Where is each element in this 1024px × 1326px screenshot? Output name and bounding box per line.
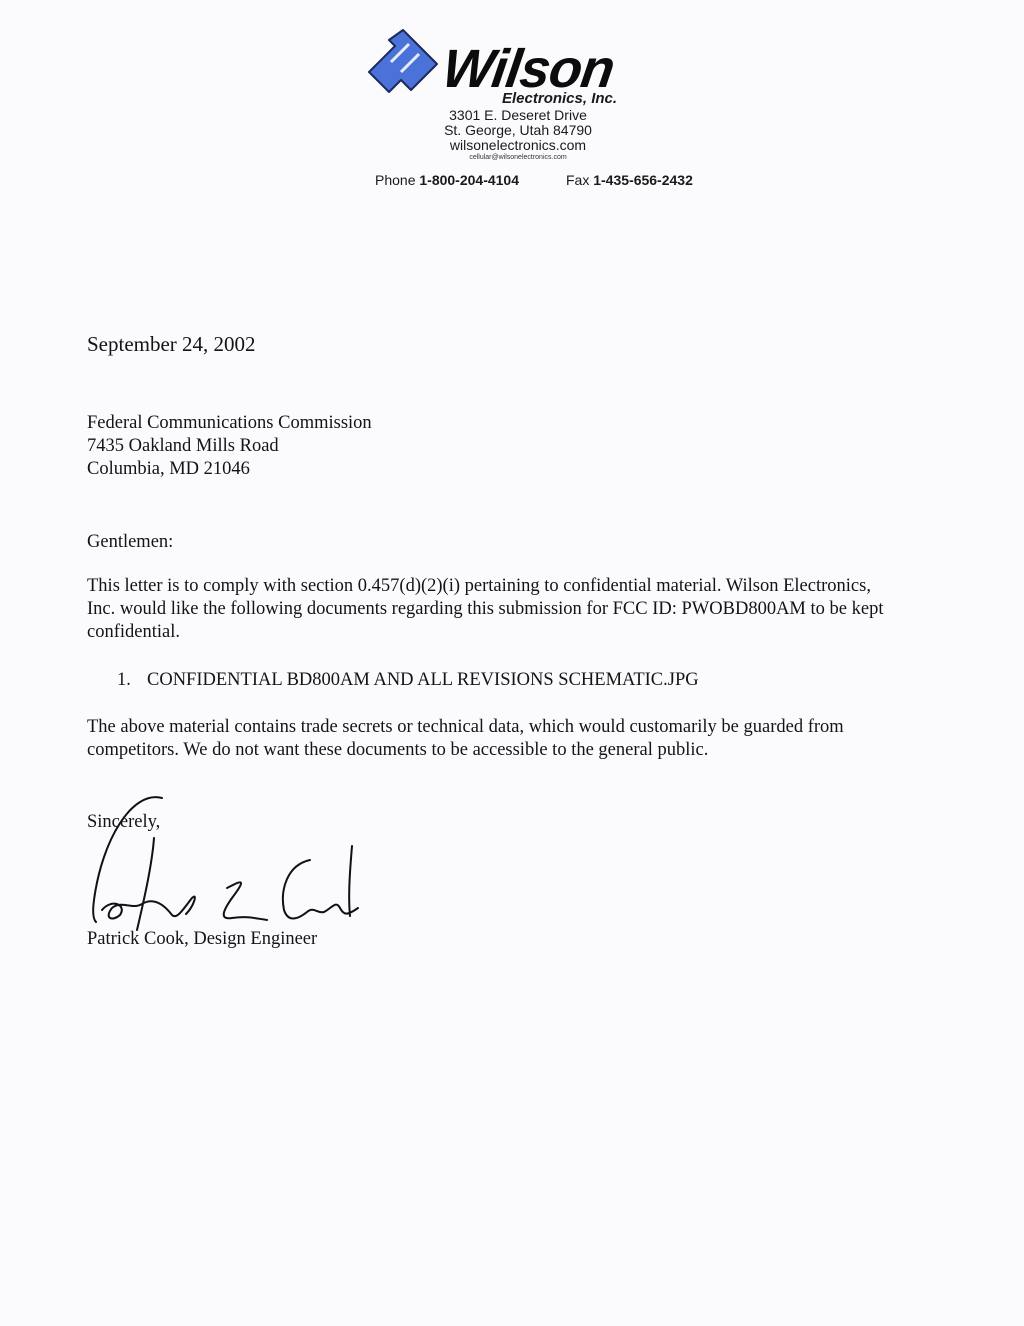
address-street: 3301 E. Deseret Drive [6,108,1024,123]
brand-name: Wilson [439,42,617,96]
fax-label: Fax [566,172,589,188]
wilson-logo-icon [367,28,439,102]
letterhead: Wilson Electronics, Inc. 3301 E. Deseret… [0,0,1024,200]
list-number: 1. [117,669,147,692]
phone-label: Phone [375,172,415,188]
recipient-line: 7435 Oakland Mills Road [87,435,372,458]
paragraph-2: The above material contains trade secret… [87,716,987,762]
document-list-item: 1.CONFIDENTIAL BD800AM AND ALL REVISIONS… [117,669,699,692]
email: cellular@wilsonelectronics.com [6,154,1024,162]
handwritten-signature [82,780,382,950]
recipient-line: Federal Communications Commission [87,412,372,435]
paragraph-line: This letter is to comply with section 0.… [87,575,987,598]
list-text: CONFIDENTIAL BD800AM AND ALL REVISIONS S… [147,670,699,690]
phone-number: 1-800-204-4104 [419,172,519,188]
website: wilsonelectronics.com [6,138,1024,153]
paragraph-line: confidential. [87,621,987,644]
fax-number: 1-435-656-2432 [593,172,693,188]
paragraph-line: competitors. We do not want these docume… [87,739,987,762]
company-name: Electronics, Inc. [502,91,617,107]
signer-name: Patrick Cook, Design Engineer [87,928,317,951]
paragraph-line: The above material contains trade secret… [87,716,987,739]
phone: Phone 1-800-204-4104 [375,172,519,188]
paragraph-1: This letter is to comply with section 0.… [87,575,987,644]
address-city: St. George, Utah 84790 [6,123,1024,138]
letter-date: September 24, 2002 [87,333,256,356]
paragraph-line: Inc. would like the following documents … [87,598,987,621]
recipient-address: Federal Communications Commission 7435 O… [87,412,372,481]
salutation: Gentlemen: [87,531,173,554]
recipient-line: Columbia, MD 21046 [87,458,372,481]
fax: Fax 1-435-656-2432 [566,172,693,188]
